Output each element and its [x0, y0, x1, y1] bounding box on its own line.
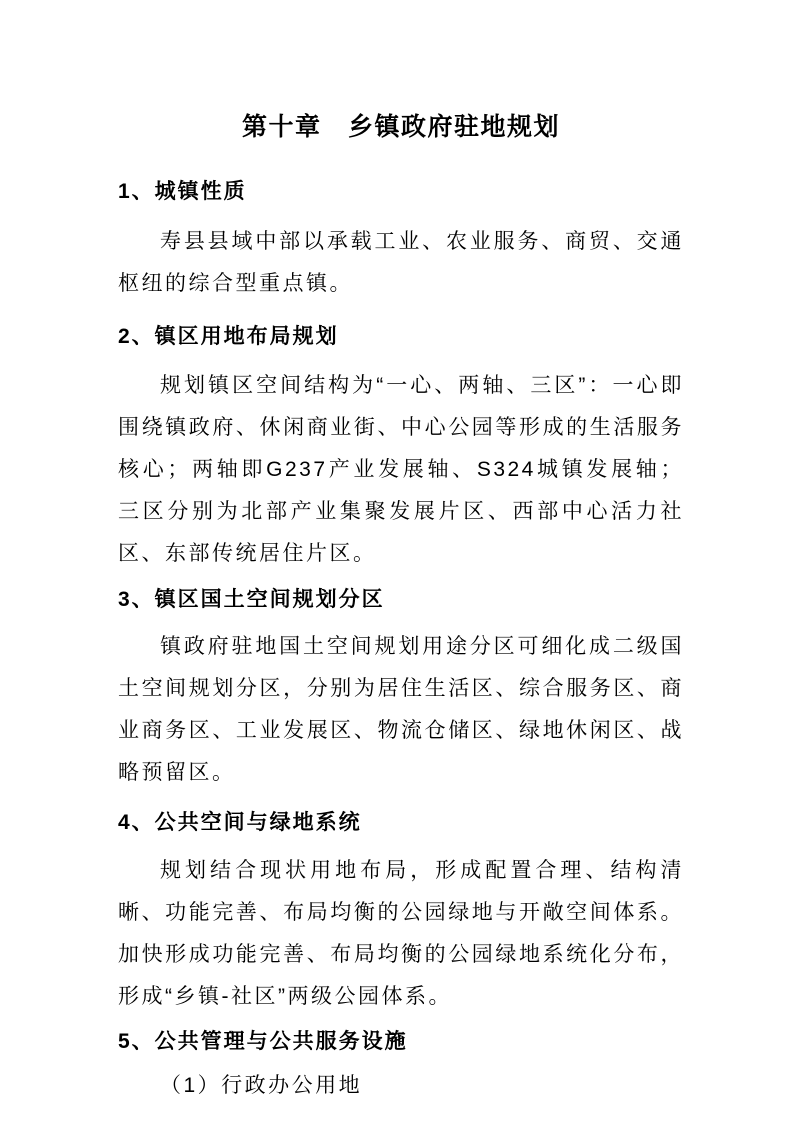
- page-number: 35: [0, 1028, 794, 1046]
- list-item-admin-office-land: （1）行政办公用地: [118, 1065, 684, 1107]
- section-town-character: 1、城镇性质 寿县县域中部以承载工业、农业服务、商贸、交通枢纽的综合型重点镇。: [118, 179, 684, 305]
- section-paragraph: 镇政府驻地国土空间规划用途分区可细化成二级国土空间规划分区，分别为居住生活区、综…: [118, 626, 684, 794]
- section-heading: 4、公共空间与绿地系统: [118, 810, 684, 836]
- section-public-space-green-system: 4、公共空间与绿地系统 规划结合现状用地布局，形成配置合理、结构清晰、功能完善、…: [118, 810, 684, 1018]
- section-heading: 2、镇区用地布局规划: [118, 324, 684, 350]
- section-paragraph: 寿县县域中部以承载工业、农业服务、商贸、交通枢纽的综合型重点镇。: [118, 221, 684, 305]
- chapter-title: 第十章 乡镇政府驻地规划: [118, 111, 684, 143]
- document-page: 第十章 乡镇政府驻地规划 1、城镇性质 寿县县域中部以承载工业、农业服务、商贸、…: [0, 0, 794, 1122]
- section-land-use-layout: 2、镇区用地布局规划 规划镇区空间结构为“一心、两轴、三区”：一心即围绕镇政府、…: [118, 324, 684, 575]
- section-paragraph: 规划结合现状用地布局，形成配置合理、结构清晰、功能完善、布局均衡的公园绿地与开敞…: [118, 850, 684, 1018]
- section-heading: 1、城镇性质: [118, 179, 684, 205]
- section-heading: 3、镇区国土空间规划分区: [118, 587, 684, 613]
- page-content: 第十章 乡镇政府驻地规划 1、城镇性质 寿县县域中部以承载工业、农业服务、商贸、…: [0, 0, 794, 1107]
- section-spatial-planning-zones: 3、镇区国土空间规划分区 镇政府驻地国土空间规划用途分区可细化成二级国土空间规划…: [118, 587, 684, 794]
- section-paragraph: 规划镇区空间结构为“一心、两轴、三区”：一心即围绕镇政府、休闲商业街、中心公园等…: [118, 365, 684, 575]
